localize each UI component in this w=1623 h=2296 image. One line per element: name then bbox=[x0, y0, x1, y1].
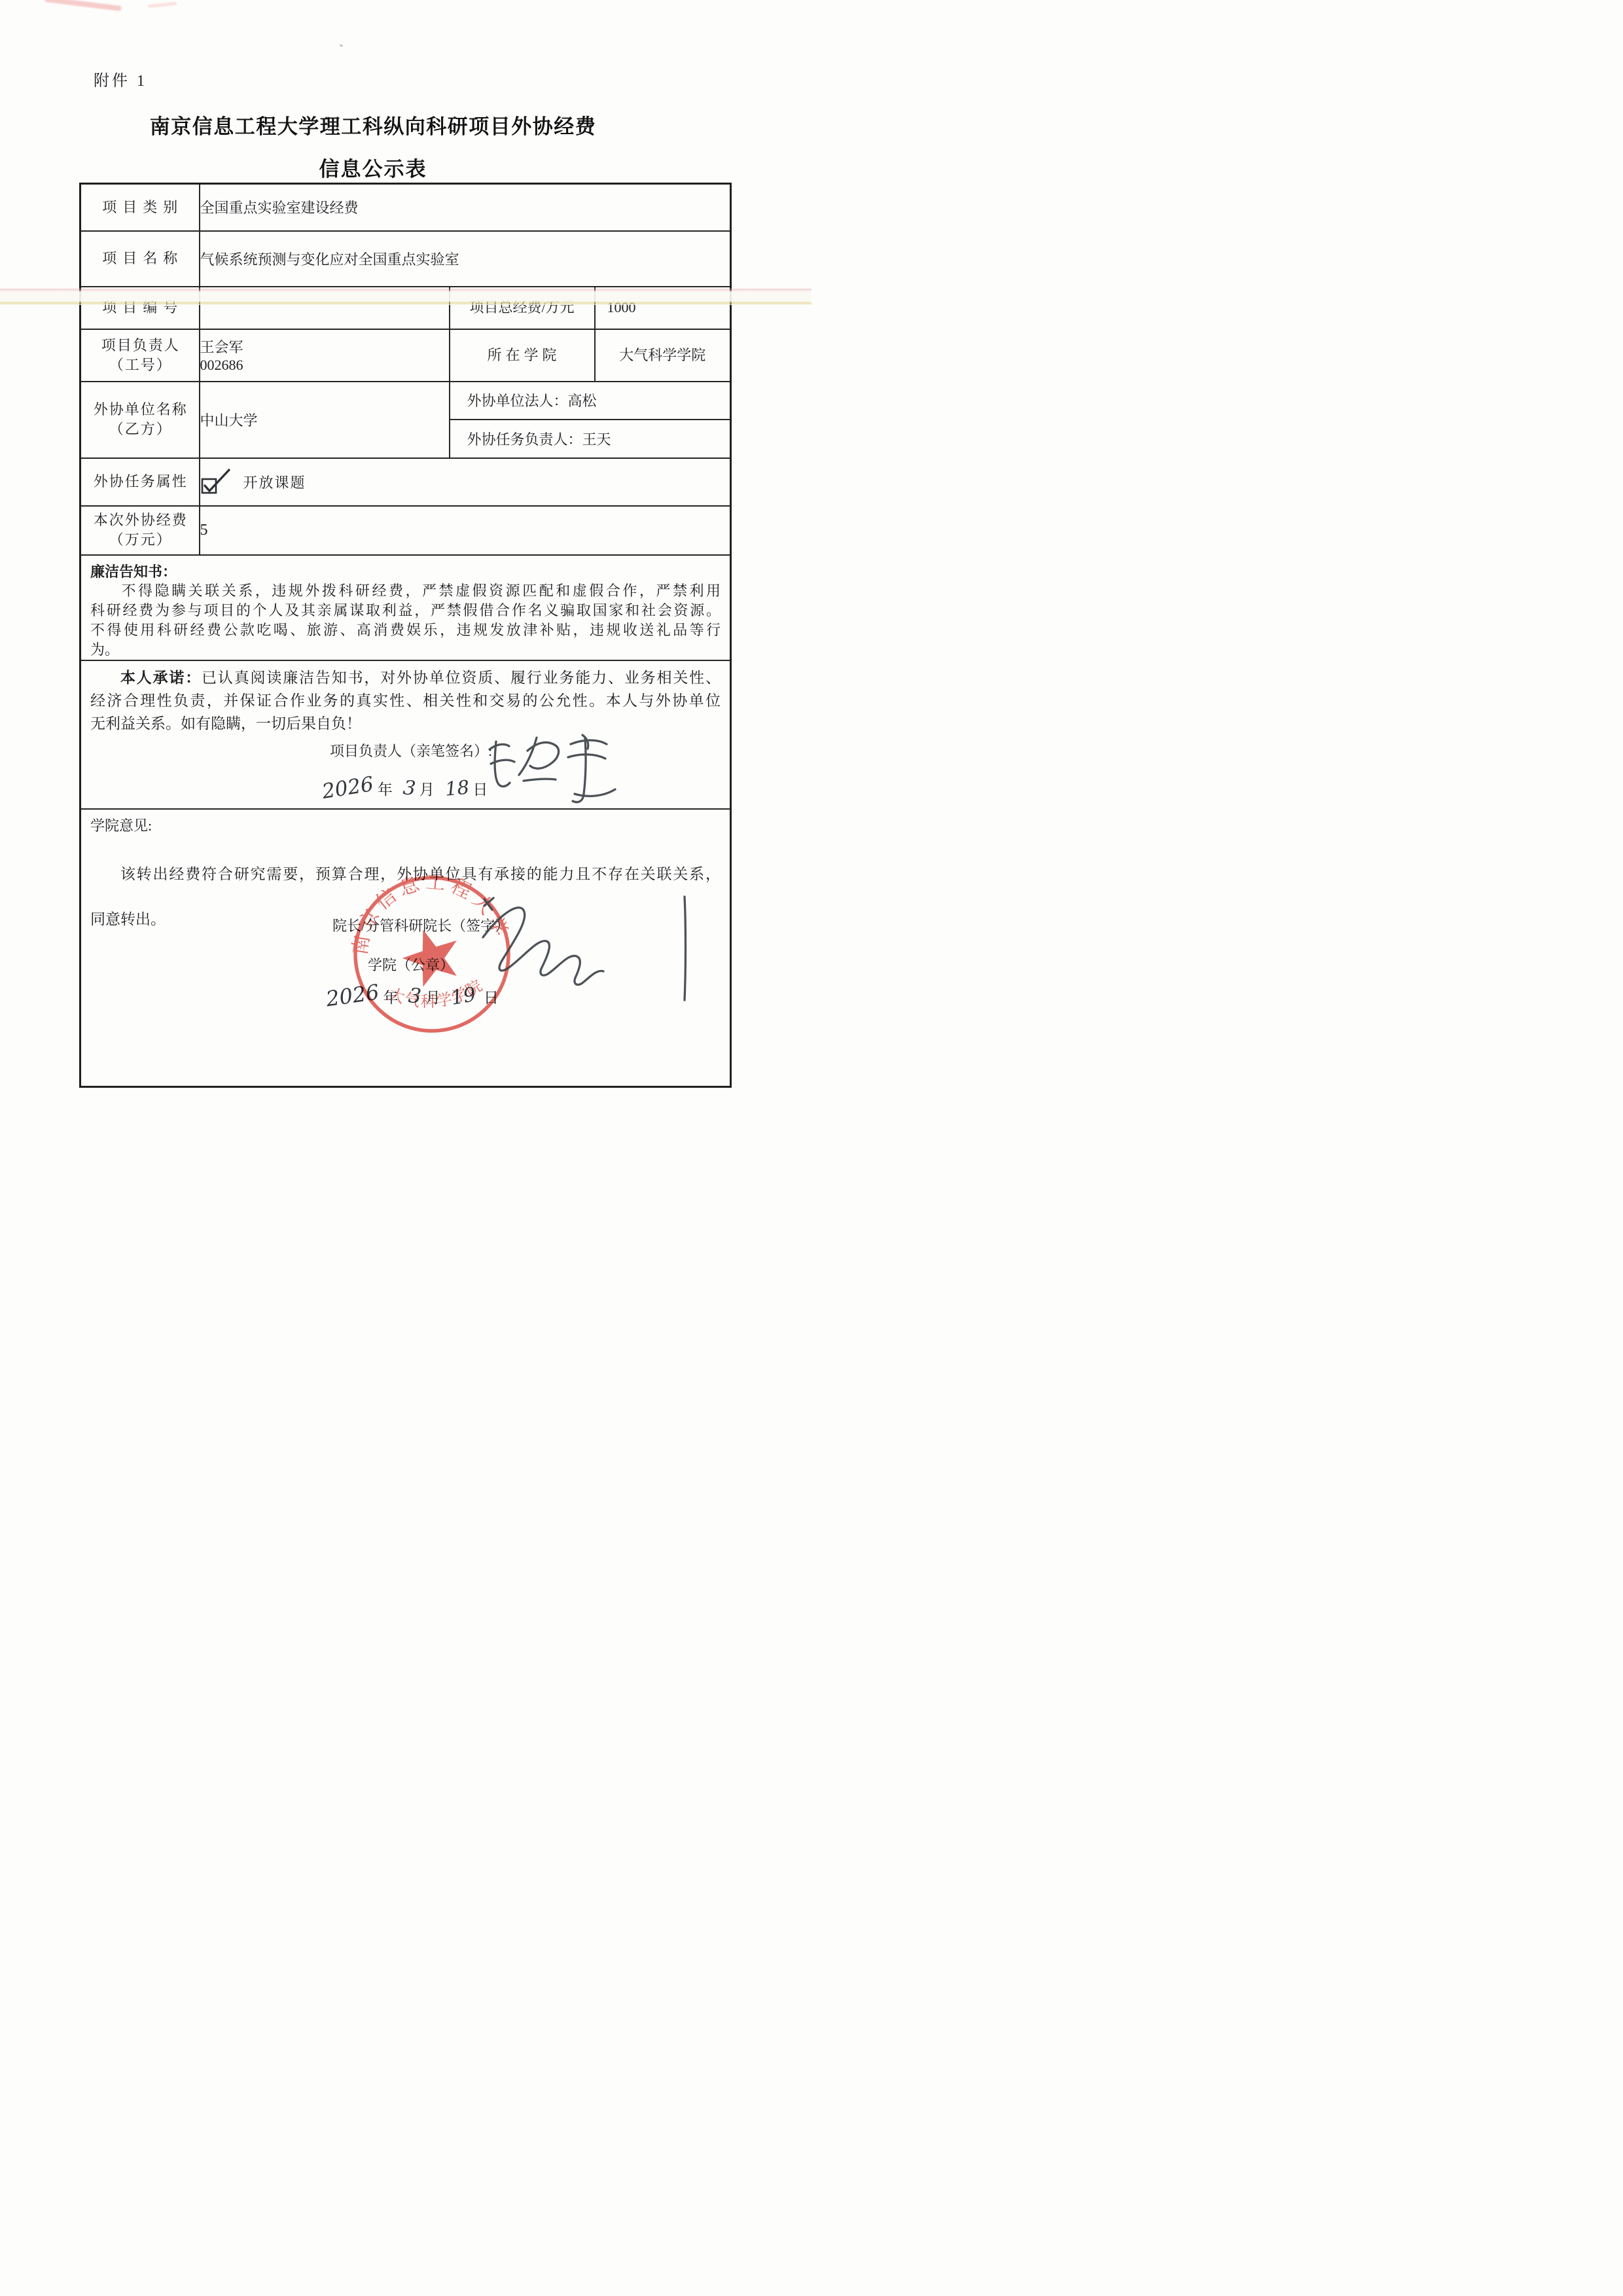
commitment-lead: 本人承诺： bbox=[119, 670, 202, 686]
partner-task-leader-value: 王天 bbox=[582, 431, 611, 448]
project-category-value: 全国重点实验室建设经费 bbox=[200, 184, 731, 231]
project-number-label: 项目编号 bbox=[80, 287, 200, 329]
commitment-line1: 本人承诺：已认真阅读廉洁告知书，对外协单位资质、履行业务能力、业务相关性、 bbox=[90, 666, 721, 689]
integrity-line: 科研经费为参与项目的个人及其亲属谋取利益，严禁假借合作名义骗取国家和社会资源。 bbox=[90, 601, 721, 620]
dean-sign-label: 院长/分管科研院长（签字） bbox=[332, 915, 509, 935]
opinion-date-year: 2026 bbox=[325, 980, 381, 1012]
opinion-heading: 学院意见: bbox=[90, 815, 721, 835]
project-leader-name: 王会军 bbox=[200, 336, 449, 357]
integrity-notice-block: 廉洁告知书： 不得隐瞒关联关系，违规外拨科研经费，严禁虚假资源匹配和虚假合作，严… bbox=[80, 555, 731, 660]
project-category-label: 项目类别 bbox=[80, 184, 200, 231]
project-leader-value: 王会军 002686 bbox=[200, 329, 450, 382]
integrity-line: 不得隐瞒关联关系，违规外拨科研经费，严禁虚假资源匹配和虚假合作，严禁利用 bbox=[90, 581, 721, 601]
form-table: 项目类别 全国重点实验室建设经费 项目名称 气候系统预测与变化应对全国重点实验室… bbox=[79, 183, 732, 1088]
college-label: 所在学院 bbox=[450, 329, 595, 382]
project-number-value bbox=[200, 287, 450, 329]
partner-legal-cell: 外协单位法人：高松 bbox=[450, 382, 731, 420]
partner-legal-value: 高松 bbox=[568, 393, 597, 409]
scanned-form-page: { "header": { "attachment": "附件 1", "tit… bbox=[0, 0, 811, 1148]
opinion-line1: 该转出经费符合研究需要，预算合理，外协单位具有承接的能力且不存在关联关系， bbox=[90, 863, 721, 886]
opinion-date: 2026年 3月 19日 bbox=[326, 983, 505, 1008]
current-funds-label: 本次外协经费 （万元） bbox=[80, 506, 200, 555]
partner-unit-label: 外协单位名称 （乙方） bbox=[80, 382, 200, 458]
integrity-line: 不得使用科研经费公款吃喝、旅游、高消费娱乐，违规发放津补贴，违规收送礼品等行 bbox=[90, 620, 721, 640]
partner-unit-value: 中山大学 bbox=[200, 382, 450, 458]
project-name-value: 气候系统预测与变化应对全国重点实验室 bbox=[200, 231, 731, 287]
partner-task-leader-label: 外协任务负责人： bbox=[467, 431, 582, 448]
row-integrity-notice: 廉洁告知书： 不得隐瞒关联关系，违规外拨科研经费，严禁虚假资源匹配和虚假合作，严… bbox=[80, 555, 731, 660]
total-funds-label: 项目总经费/万元 bbox=[450, 287, 595, 329]
opinion-date-day: 19 bbox=[449, 983, 478, 1010]
partner-legal-label: 外协单位法人： bbox=[467, 393, 568, 409]
leader-sign-label: 项目负责人（亲笔签名）: bbox=[330, 740, 492, 761]
row-task-attribute: 外协任务属性 开放课题 bbox=[80, 458, 731, 506]
document-title-line2: 信息公示表 bbox=[0, 152, 779, 182]
attachment-label: 附件 1 bbox=[94, 67, 147, 90]
project-leader-label: 项目负责人 （工号） bbox=[80, 329, 200, 382]
row-college-opinion: 学院意见: 该转出经费符合研究需要，预算合理，外协单位具有承接的能力且不存在关联… bbox=[80, 809, 731, 1087]
commitment-date-year: 2026 bbox=[321, 772, 376, 804]
document-title: 南京信息工程大学理工科纵向科研项目外协经费 信息公示表 bbox=[0, 110, 779, 182]
commitment-date: 2026年 3月 18日 bbox=[322, 776, 494, 800]
task-attribute-value: 开放课题 bbox=[200, 458, 731, 506]
row-project-category: 项目类别 全国重点实验室建设经费 bbox=[80, 184, 731, 231]
integrity-line: 为。 bbox=[90, 640, 721, 660]
commitment-date-month: 3 bbox=[402, 776, 417, 800]
checkbox-icon bbox=[200, 467, 234, 496]
task-attribute-label: 外协任务属性 bbox=[80, 458, 200, 506]
project-leader-id: 002686 bbox=[200, 357, 449, 374]
commitment-line3: 无利益关系。如有隐瞒，一切后果自负！ bbox=[90, 712, 721, 735]
commitment-line2: 经济合理性负责，并保证合作业务的真实性、相关性和交易的公允性。本人与外协单位 bbox=[90, 689, 721, 712]
integrity-heading: 廉洁告知书： bbox=[90, 561, 721, 581]
row-project-leader: 项目负责人 （工号） 王会军 002686 所在学院 大气科学学院 bbox=[80, 329, 731, 382]
scan-red-streak-small bbox=[148, 2, 177, 9]
scan-red-streak bbox=[45, 0, 122, 11]
project-name-label: 项目名称 bbox=[80, 231, 200, 287]
document-title-line1: 南京信息工程大学理工科纵向科研项目外协经费 bbox=[0, 110, 779, 139]
scan-speck bbox=[340, 44, 344, 47]
commitment-date-day: 18 bbox=[444, 776, 470, 800]
total-funds-value: 1000 bbox=[595, 287, 731, 329]
row-project-name: 项目名称 气候系统预测与变化应对全国重点实验室 bbox=[80, 231, 731, 287]
task-attribute-option: 开放课题 bbox=[243, 472, 306, 492]
current-funds-value: 5 bbox=[200, 506, 731, 555]
college-value: 大气科学学院 bbox=[595, 329, 731, 382]
row-partner-unit: 外协单位名称 （乙方） 中山大学 外协单位法人：高松 bbox=[80, 382, 731, 420]
row-project-number: 项目编号 项目总经费/万元 1000 bbox=[80, 287, 731, 329]
college-seal-label: 学院（公章） bbox=[368, 954, 454, 975]
partner-task-leader-cell: 外协任务负责人：王天 bbox=[450, 420, 731, 458]
task-checkbox-mark bbox=[205, 470, 229, 491]
college-opinion-block: 学院意见: 该转出经费符合研究需要，预算合理，外协单位具有承接的能力且不存在关联… bbox=[80, 809, 731, 1087]
row-current-funds: 本次外协经费 （万元） 5 bbox=[80, 506, 731, 555]
opinion-date-month: 3 bbox=[408, 984, 423, 1009]
